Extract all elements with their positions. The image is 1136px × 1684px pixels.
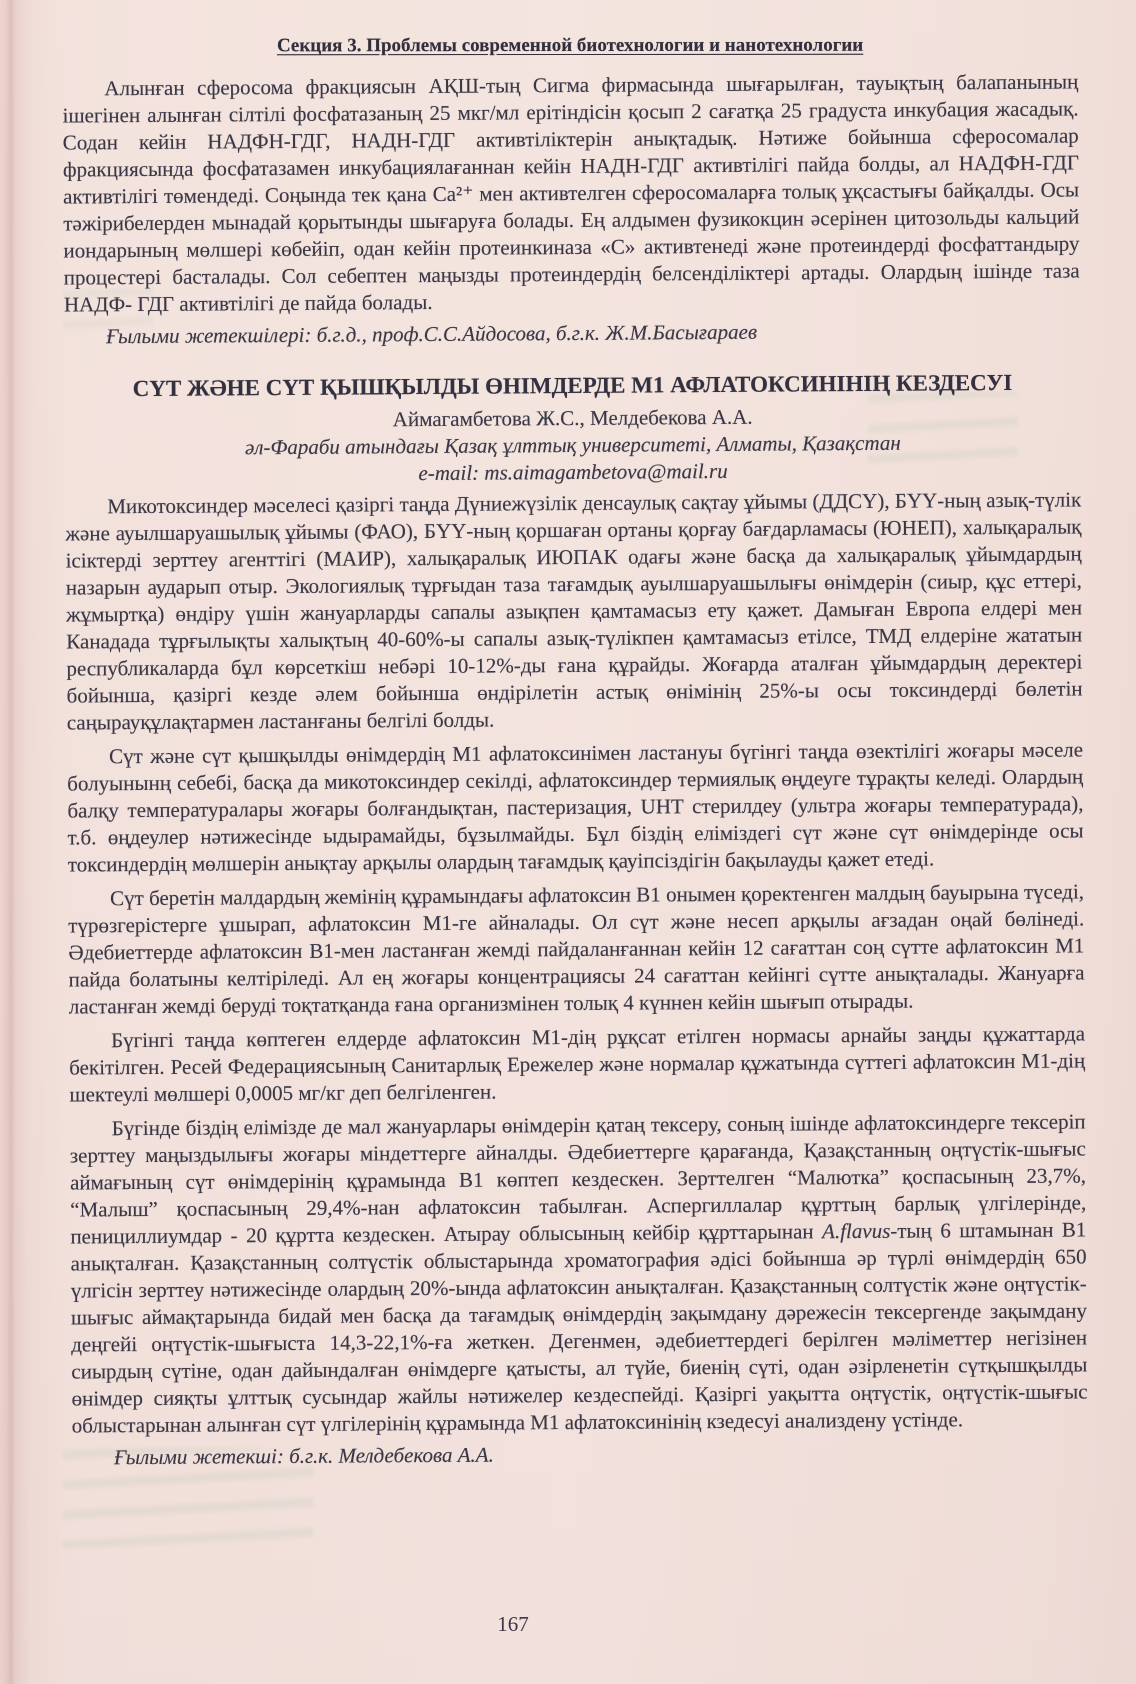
article-paragraph-4: Бүгінгі таңда көптеген елдерде афлатокси…: [69, 1020, 1086, 1108]
species-name: A.flavus: [822, 1219, 890, 1243]
paragraph-5-text-continued: -тың 6 штамынан В1 анықталған. Қазақстан…: [71, 1217, 1088, 1437]
section-header: Секция 3. Проблемы современной биотехнол…: [62, 32, 1078, 60]
page-content: Секция 3. Проблемы современной биотехнол…: [62, 28, 1088, 1471]
scanned-page: Секция 3. Проблемы современной биотехнол…: [0, 0, 1136, 1684]
article-title: СҮТ ЖӘНЕ СҮТ ҚЫШҚЫЛДЫ ӨНІМДЕРДЕ М1 АФЛАТ…: [64, 367, 1080, 404]
article-paragraph-1: Микотоксиндер мәселесі қазіргі таңда Дүн…: [65, 486, 1083, 736]
section-header-text: Секция 3. Проблемы современной биотехнол…: [277, 35, 863, 57]
article-paragraph-5: Бүгінде біздің елімізде де мал жануарлар…: [70, 1108, 1088, 1439]
previous-article-advisors: Ғылыми жетекшілері: б.г.д., проф.С.С.Айд…: [64, 316, 1080, 350]
article-email: e-mail: ms.aimagambetova@mail.ru: [65, 455, 1081, 489]
article-paragraph-3: Сүт беретін малдардың жемінің құрамындағ…: [68, 878, 1085, 1020]
previous-article-body: Алынған сферосома фракциясын АҚШ-тың Сиг…: [62, 68, 1080, 318]
page-number: 167: [413, 1612, 613, 1637]
article-paragraph-2: Сүт және сүт қышқылды өнімдердің М1 афла…: [67, 736, 1084, 878]
